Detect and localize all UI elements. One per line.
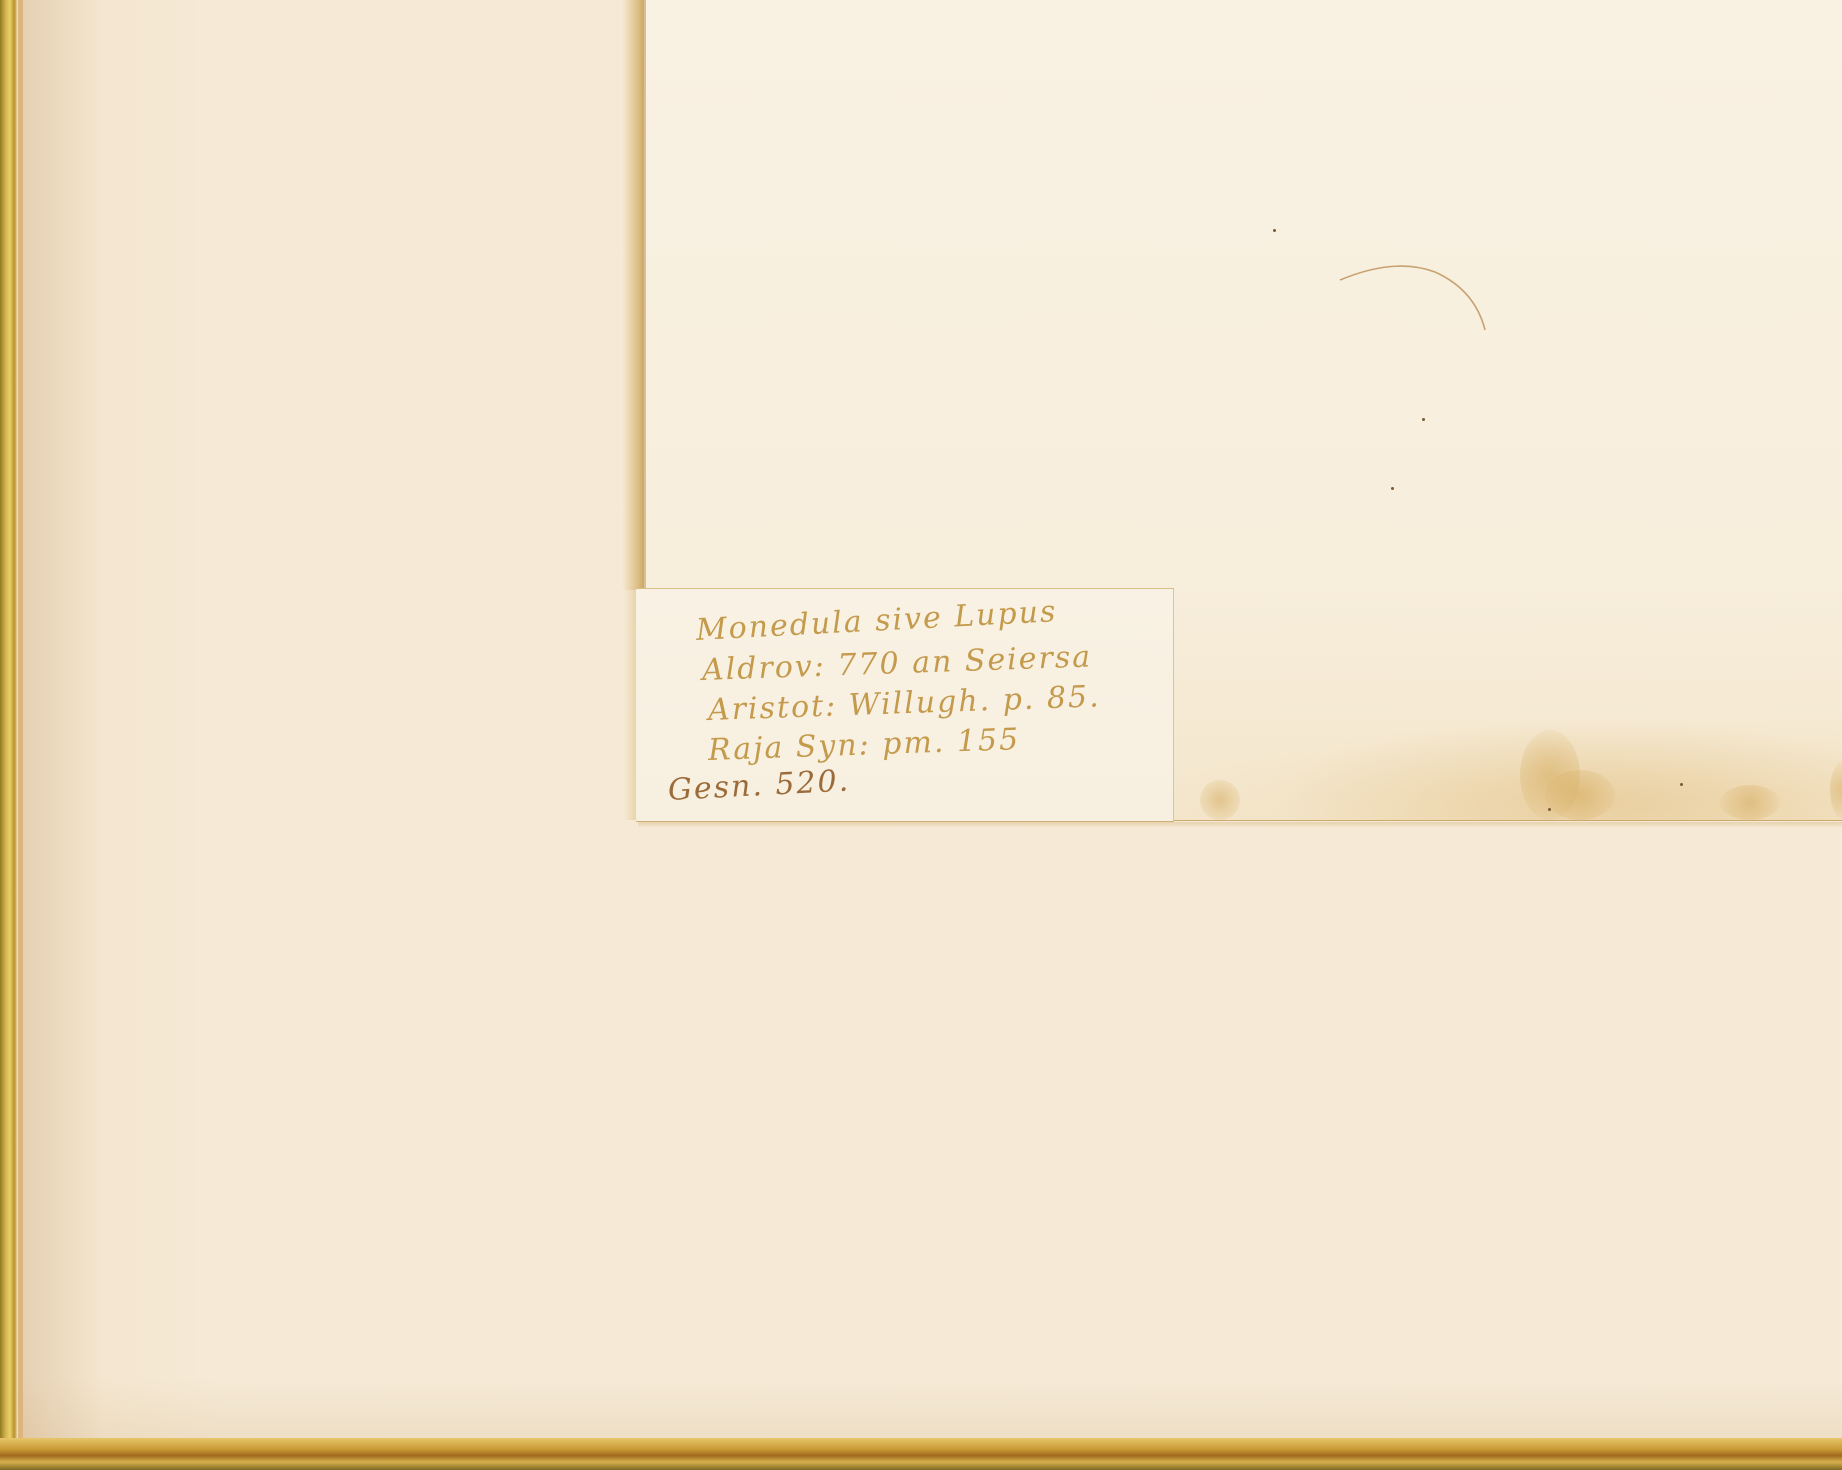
sheet-bottom-shadow: [638, 822, 1842, 828]
paper-speck: [1422, 418, 1425, 421]
gold-frame-left-edge: [0, 0, 18, 1470]
foxing-stain: [1200, 780, 1240, 820]
sheet-left-edge: [644, 0, 646, 590]
gold-frame-bottom-edge: [0, 1438, 1842, 1470]
paper-speck: [1548, 808, 1551, 811]
paper-speck: [1391, 487, 1394, 490]
framed-artwork-photo: Monedula sive Lupus Aldrov: 770 an Seier…: [0, 0, 1842, 1470]
hair-fibre: [1335, 262, 1495, 342]
paper-speck: [1273, 229, 1276, 232]
foxing-stain: [1545, 770, 1615, 820]
label-text: Monedula sive Lupus Aldrov: 770 an Seier…: [664, 611, 1164, 811]
handwritten-label: Monedula sive Lupus Aldrov: 770 an Seier…: [636, 588, 1174, 822]
sheet-shadow: [622, 0, 644, 590]
frame-inner-bevel: [18, 0, 23, 1470]
paper-speck: [1680, 783, 1683, 786]
foxing-stain: [1720, 785, 1780, 820]
